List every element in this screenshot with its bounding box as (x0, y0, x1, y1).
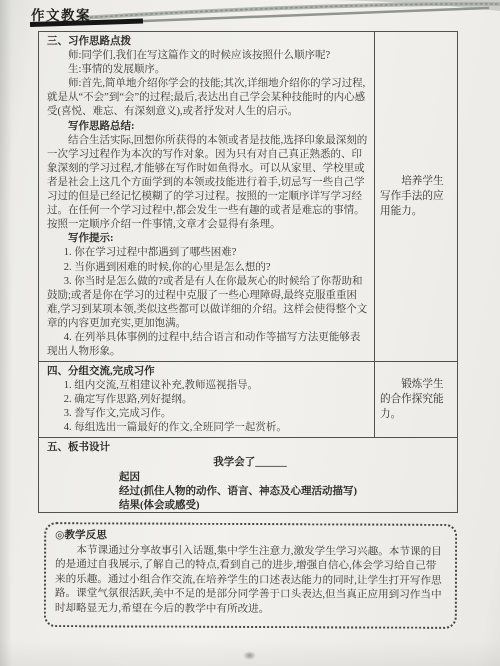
board-line-1: 起因 (47, 471, 453, 485)
tip-item-2: 2. 当你遇到困难的时候,你的心里是怎么想的? (47, 261, 370, 275)
tips-heading: 写作提示: (47, 232, 370, 246)
teacher-line-1: 师:同学们,我们在写这篇作文的时候应该按照什么顺序呢? (47, 49, 370, 63)
summary-heading: 写作思路总结: (47, 120, 370, 134)
tip-item-3: 3. 你当时是怎么做的?或者是有人在你最灰心的时候给了你帮助和鼓励;或者是你在学… (47, 275, 370, 331)
teaching-reflection-box: ◎教学反思 本节课通过分享故事引入话题,集中学生注意力,激发学生学习兴趣。本节课… (44, 522, 457, 629)
table-row: 四、分组交流,完成习作 1. 组内交流,互相建议补充,教师巡视指导。 2. 确定… (39, 362, 457, 438)
board-title: 我学会了______ (47, 456, 453, 470)
reflection-heading-label: 教学反思 (64, 530, 106, 541)
board-line-3: 结果(体会或感受) (47, 499, 453, 513)
tip-item-1: 1. 你在学习过程中都遇到了哪些困难? (47, 246, 370, 260)
section4-objective: 锻炼学生的合作探究能力。 (380, 377, 452, 422)
section5-heading: 五、板书设计 (47, 441, 453, 455)
header-title: 作文教案 (31, 4, 91, 24)
summary-body: 结合生活实际,回想你所获得的本领或者是技能,选择印象最深刻的一次学习过程作为本次… (47, 134, 370, 233)
section3-heading: 三、习作思路点拨 (47, 35, 370, 49)
board-line-2: 经过(抓住人物的动作、语言、神态及心理活动描写) (47, 485, 453, 499)
section4-activities-cell: 四、分组交流,完成习作 1. 组内交流,互相建议补充,教师巡视指导。 2. 确定… (39, 362, 375, 437)
table-row: 五、板书设计 我学会了______ 起因 经过(抓住人物的动作、语言、神态及心理… (39, 438, 457, 515)
section3-objective-cell: 培养学生写作手法的应用能力。 (375, 32, 457, 361)
table-row: 三、习作思路点拨 师:同学们,我们在写这篇作文的时候应该按照什么顺序呢? 生:事… (39, 32, 457, 362)
scan-edge-shadow (0, 0, 12, 666)
section3-objective: 培养学生写作手法的应用能力。 (380, 174, 452, 219)
lesson-plan-table: 三、习作思路点拨 师:同学们,我们在写这篇作文的时候应该按照什么顺序呢? 生:事… (38, 31, 458, 513)
section5-board-cell: 五、板书设计 我学会了______ 起因 经过(抓住人物的动作、语言、神态及心理… (39, 438, 457, 515)
step-item-1: 1. 组内交流,互相建议补充,教师巡视指导。 (47, 379, 370, 393)
section4-heading: 四、分组交流,完成习作 (47, 365, 370, 379)
step-item-4: 4. 每组选出一篇最好的作文,全班同学一起赏析。 (47, 421, 370, 435)
step-item-3: 3. 誊写作文,完成习作。 (47, 407, 370, 421)
page-number-mark (243, 651, 256, 660)
teacher-line-2: 师:首先,简单地介绍你学会的技能;其次,详细地介绍你的学习过程,就是从“不会”到… (47, 77, 370, 119)
section4-objective-cell: 锻炼学生的合作探究能力。 (375, 362, 457, 437)
target-circle-icon: ◎ (55, 530, 64, 541)
tip-item-4: 4. 在列举具体事例的过程中,结合语言和动作等描写方法更能够表现出人物形象。 (47, 331, 370, 359)
step-item-2: 2. 确定写作思路,列好提纲。 (47, 393, 370, 407)
student-line: 生:事情的发展顺序。 (47, 63, 370, 77)
section3-activities-cell: 三、习作思路点拨 师:同学们,我们在写这篇作文的时候应该按照什么顺序呢? 生:事… (39, 32, 375, 361)
reflection-body: 本节课通过分享故事引入话题,集中学生注意力,激发学生学习兴趣。本节课的目的是通过… (55, 544, 446, 619)
